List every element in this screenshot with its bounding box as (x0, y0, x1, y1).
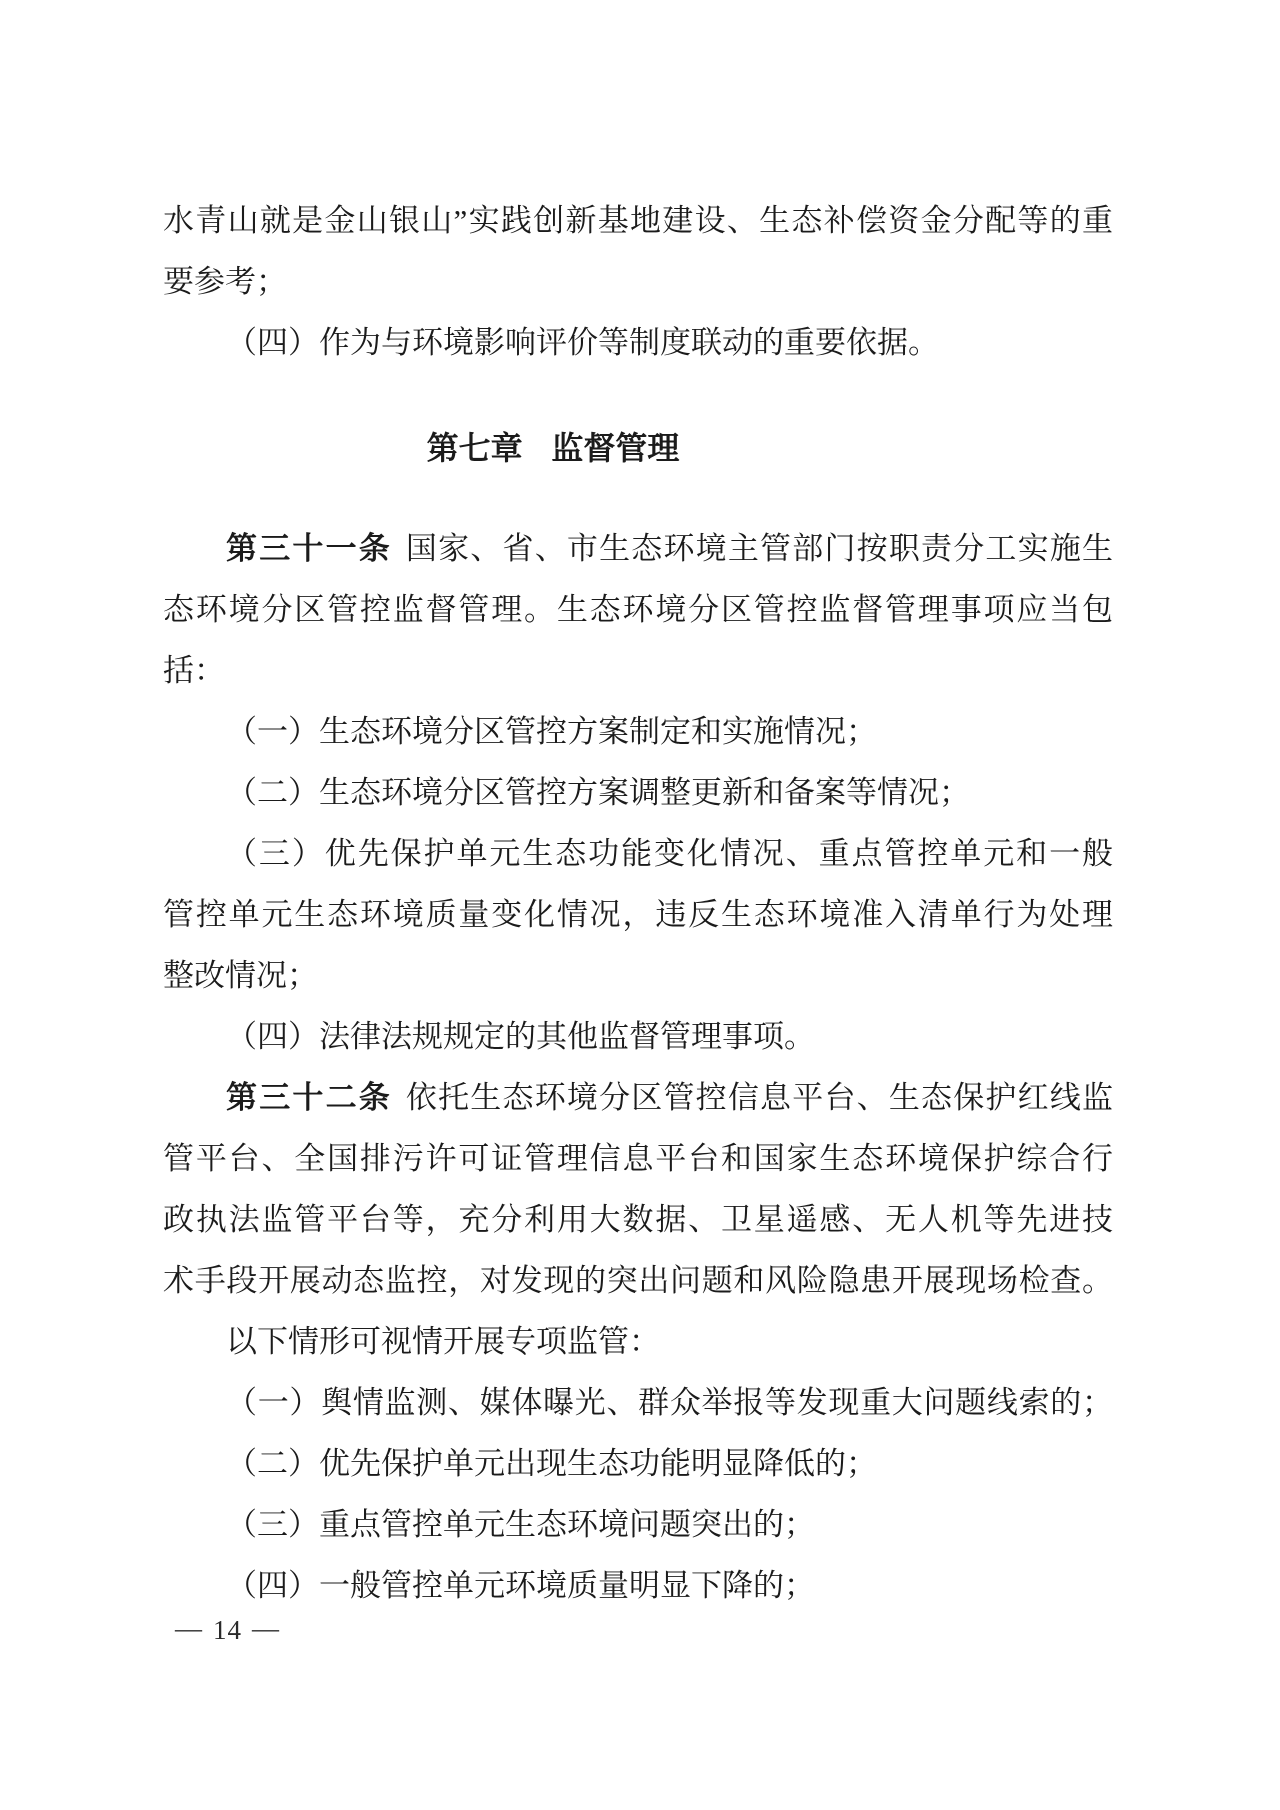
intro-paragraphs: 水青山就是金山银山”实践创新基地建设、生态补偿资金分配等的重要参考；（四）作为与… (163, 190, 1113, 373)
text-line: 第三十一条国家、省、市生态环境主管部门按职责分工实施生 (163, 518, 1113, 579)
text-line: 第三十二条依托生态环境分区管控信息平台、生态保护红线监 (163, 1067, 1113, 1128)
page-number: 14 (213, 1612, 242, 1648)
text-segment: 政执法监管平台等，充分利用大数据、卫星遥感、无人机等先进技 (163, 1202, 1113, 1237)
text-line: 整改情况； (163, 945, 1113, 1006)
text-segment: （一）舆情监测、媒体曝光、群众举报等发现重大问题线索的； (226, 1385, 1113, 1420)
text-segment: （三）优先保护单元生态功能变化情况、重点管控单元和一般 (226, 836, 1113, 871)
text-segment: （二）优先保护单元出现生态功能明显降低的； (226, 1446, 877, 1481)
text-segment: 态环境分区管控监督管理。生态环境分区管控监督管理事项应当包 (163, 592, 1113, 627)
text-segment: 整改情况； (163, 958, 318, 993)
text-segment: 以下情形可视情开展专项监管： (226, 1324, 660, 1359)
text-line: （三）优先保护单元生态功能变化情况、重点管控单元和一般 (163, 823, 1113, 884)
document-page: 水青山就是金山银山”实践创新基地建设、生态补偿资金分配等的重要参考；（四）作为与… (0, 0, 1280, 1810)
text-segment: （二）生态环境分区管控方案调整更新和备案等情况； (226, 775, 970, 810)
page-footer: —14— (165, 1612, 290, 1648)
page-content: 水青山就是金山银山”实践创新基地建设、生态补偿资金分配等的重要参考；（四）作为与… (163, 190, 1113, 1616)
text-line: 管控单元生态环境质量变化情况，违反生态环境准入清单行为处理 (163, 884, 1113, 945)
text-line: 括： (163, 640, 1113, 701)
chapter-title: 监督管理 (551, 430, 679, 466)
chapter-heading: 第七章监督管理 (78, 418, 1028, 479)
article-number-bold: 第三十二条 (226, 1080, 392, 1115)
text-line: （一）舆情监测、媒体曝光、群众举报等发现重大问题线索的； (163, 1372, 1113, 1433)
text-line: 政执法监管平台等，充分利用大数据、卫星遥感、无人机等先进技 (163, 1189, 1113, 1250)
text-line: （二）优先保护单元出现生态功能明显降低的； (163, 1433, 1113, 1494)
footer-dash-left: — (175, 1610, 203, 1646)
text-segment: 水青山就是金山银山”实践创新基地建设、生态补偿资金分配等的重 (163, 203, 1113, 238)
footer-dash-right: — (252, 1610, 280, 1646)
text-segment: 依托生态环境分区管控信息平台、生态保护红线监 (406, 1080, 1113, 1115)
article-number-bold: 第三十一条 (226, 531, 392, 566)
text-line: 态环境分区管控监督管理。生态环境分区管控监督管理事项应当包 (163, 579, 1113, 640)
text-segment: 管控单元生态环境质量变化情况，违反生态环境准入清单行为处理 (163, 897, 1113, 932)
text-line: 水青山就是金山银山”实践创新基地建设、生态补偿资金分配等的重 (163, 190, 1113, 251)
text-segment: （四）一般管控单元环境质量明显下降的； (226, 1568, 815, 1603)
text-line: （四）法律法规规定的其他监督管理事项。 (163, 1006, 1113, 1067)
text-line: 要参考； (163, 251, 1113, 312)
body-paragraphs: 第三十一条国家、省、市生态环境主管部门按职责分工实施生态环境分区管控监督管理。生… (163, 518, 1113, 1616)
text-line: 管平台、全国排污许可证管理信息平台和国家生态环境保护综合行 (163, 1128, 1113, 1189)
text-segment: （三）重点管控单元生态环境问题突出的； (226, 1507, 815, 1542)
text-segment: 管平台、全国排污许可证管理信息平台和国家生态环境保护综合行 (163, 1141, 1113, 1176)
text-line: 术手段开展动态监控，对发现的突出问题和风险隐患开展现场检查。 (163, 1250, 1113, 1311)
text-segment: （一）生态环境分区管控方案制定和实施情况； (226, 714, 877, 749)
text-line: （一）生态环境分区管控方案制定和实施情况； (163, 701, 1113, 762)
text-line: （二）生态环境分区管控方案调整更新和备案等情况； (163, 762, 1113, 823)
text-segment: （四）作为与环境影响评价等制度联动的重要依据。 (226, 325, 939, 360)
chapter-number: 第七章 (427, 430, 523, 466)
text-segment: 术手段开展动态监控，对发现的突出问题和风险隐患开展现场检查。 (163, 1263, 1113, 1298)
text-line: （四）一般管控单元环境质量明显下降的； (163, 1555, 1113, 1616)
text-line: 以下情形可视情开展专项监管： (163, 1311, 1113, 1372)
text-segment: （四）法律法规规定的其他监督管理事项。 (226, 1019, 815, 1054)
text-line: （三）重点管控单元生态环境问题突出的； (163, 1494, 1113, 1555)
text-segment: 括： (163, 653, 225, 688)
text-segment: 国家、省、市生态环境主管部门按职责分工实施生 (406, 531, 1113, 566)
text-line: （四）作为与环境影响评价等制度联动的重要依据。 (163, 312, 1113, 373)
text-segment: 要参考； (163, 264, 287, 299)
